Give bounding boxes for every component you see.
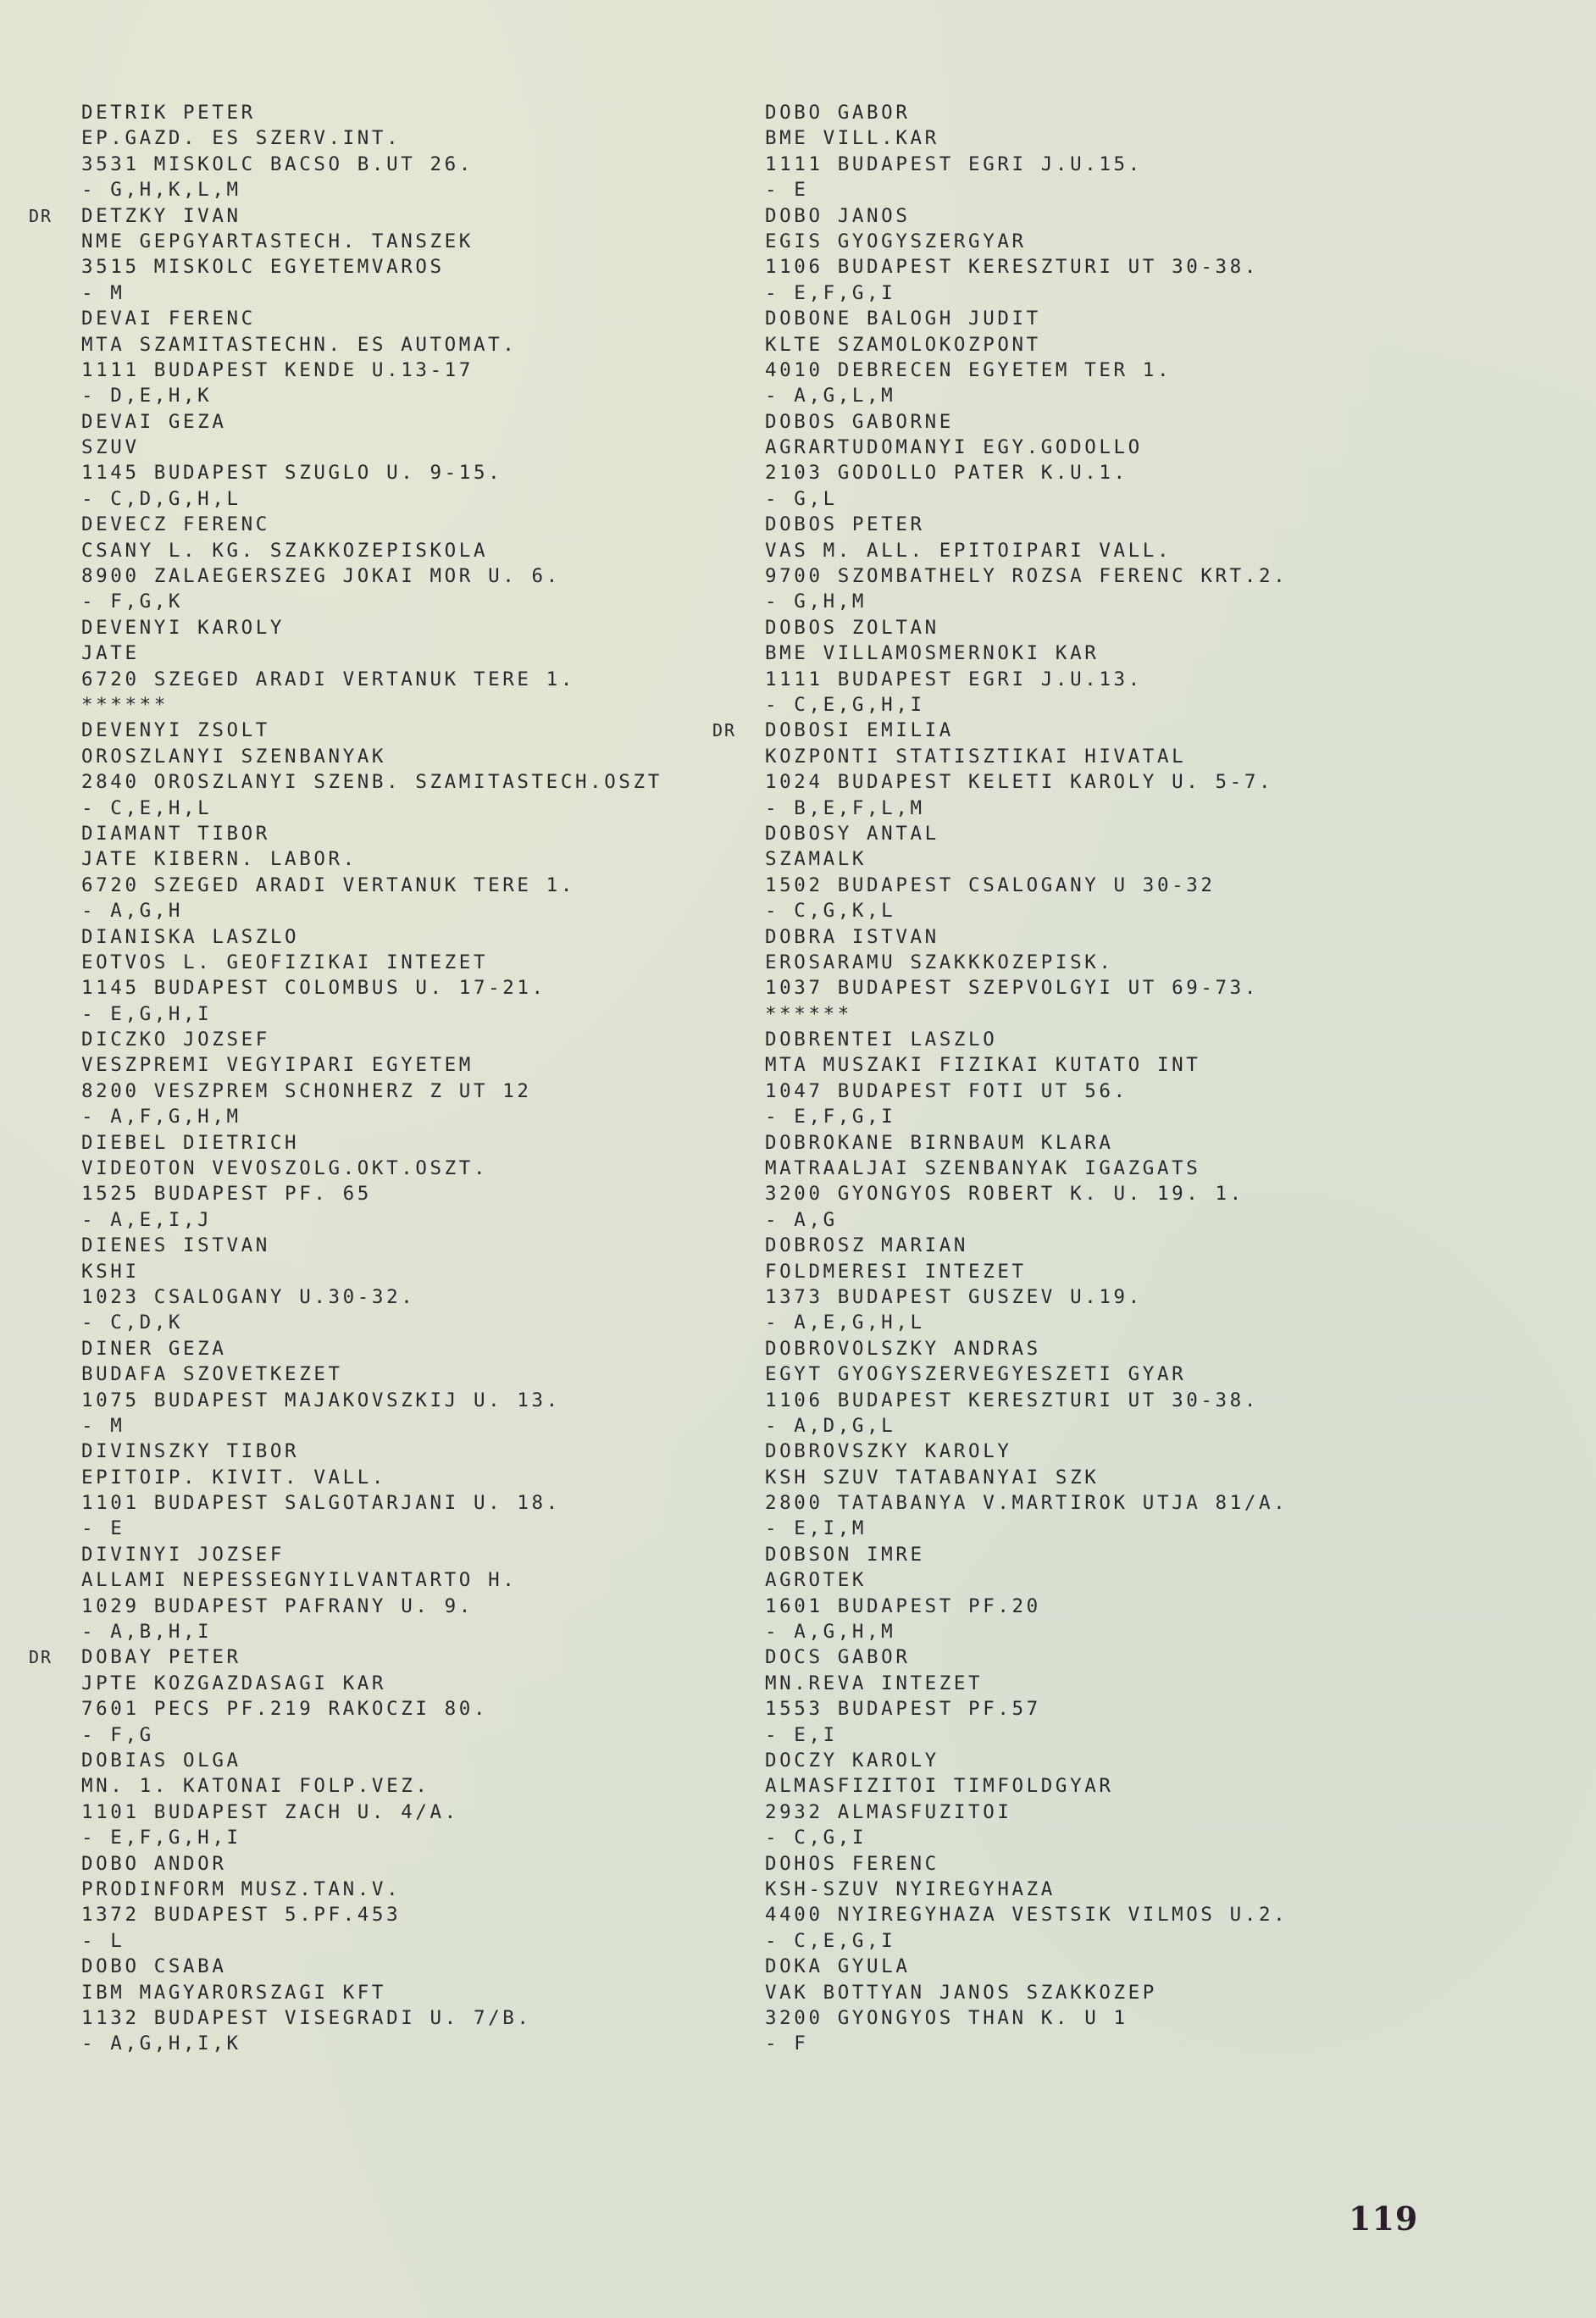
person-name-text: DOBONE BALOGH JUDIT [765, 308, 1041, 330]
person-name-text: DIAMANT TIBOR [81, 823, 270, 845]
person-name-text: DOBROSZ MARIAN [765, 1234, 968, 1256]
person-name-text: DOBO ANDOR [81, 1853, 226, 1875]
directory-entry: DIANISKA LASZLOEOTVOS L. GEOFIZIKAI INTE… [81, 924, 662, 1028]
address-text: 4010 DEBRECEN EGYETEM TER 1. [765, 359, 1172, 381]
interest-codes: - B,E,F,L,M [765, 796, 1288, 821]
organization-text: IBM MAGYARORSZAGI KFT [81, 1982, 386, 2004]
interest-codes-text: - A,G,H [81, 900, 183, 922]
interest-codes-text: - A,E,I,J [81, 1209, 212, 1231]
directory-entry: DOBROKANE BIRNBAUM KLARAMATRAALJAI SZENB… [765, 1130, 1288, 1234]
person-name-text: DOCS GABOR [765, 1646, 910, 1668]
interest-codes: - C,E,H,L [81, 796, 662, 821]
organization-text: KOZPONTI STATISZTIKAI HIVATAL [765, 746, 1186, 768]
interest-codes-text: - E [81, 1517, 125, 1539]
directory-entry: DOBROSZ MARIANFOLDMERESI INTEZET1373 BUD… [765, 1233, 1288, 1336]
person-name: DRDETZKY IVAN [81, 203, 662, 229]
interest-codes: - M [81, 280, 662, 306]
organization: KSH SZUV TATABANYAI SZK [765, 1465, 1288, 1490]
interest-codes: - E,I [765, 1722, 1288, 1748]
directory-entry: DIVINYI JOZSEFALLAMI NEPESSEGNYILVANTART… [81, 1542, 662, 1645]
address-text: 4400 NYIREGYHAZA VESTSIK VILMOS U.2. [765, 1904, 1288, 1926]
person-name: DOBO GABOR [765, 100, 1288, 125]
person-name: DOBOSY ANTAL [765, 821, 1288, 846]
address-text: 1101 BUDAPEST ZACH U. 4/A. [81, 1801, 459, 1823]
interest-codes: - A,E,I,J [81, 1207, 662, 1233]
organization-text: MN. 1. KATONAI FOLP.VEZ. [81, 1775, 430, 1797]
address: 1601 BUDAPEST PF.20 [765, 1594, 1288, 1619]
person-name-text: DOBROVSZKY KAROLY [765, 1440, 1011, 1462]
person-name-text: DIVINYI JOZSEF [81, 1544, 285, 1566]
organization: JPTE KOZGAZDASAGI KAR [81, 1671, 662, 1696]
address: 2840 OROSZLANYI SZENB. SZAMITASTECH.OSZT [81, 769, 662, 795]
right-column: DOBO GABORBME VILL.KAR1111 BUDAPEST EGRI… [765, 100, 1288, 2057]
person-name: DEVECZ FERENC [81, 512, 662, 537]
directory-entry: DEVECZ FERENCCSANY L. KG. SZAKKOZEPISKOL… [81, 512, 662, 615]
address-text: 1373 BUDAPEST GUSZEV U.19. [765, 1286, 1143, 1308]
organization-text: SZAMALK [765, 848, 867, 870]
person-name-text: DOCZY KAROLY [765, 1750, 939, 1772]
interest-codes-text: - F,G,K [81, 591, 183, 613]
page-number: 119 [1349, 2199, 1418, 2238]
address: 1037 BUDAPEST SZEPVOLGYI UT 69-73. [765, 975, 1288, 1001]
interest-codes-text: - B,E,F,L,M [765, 797, 925, 819]
directory-entry: DICZKO JOZSEFVESZPREMI VEGYIPARI EGYETEM… [81, 1027, 662, 1130]
address-text: 7601 PECS PF.219 RAKOCZI 80. [81, 1698, 488, 1720]
organization: KSH-SZUV NYIREGYHAZA [765, 1877, 1288, 1902]
interest-codes: - A,F,G,H,M [81, 1104, 662, 1129]
address-text: 3531 MISKOLC BACSO B.UT 26. [81, 153, 474, 175]
organization: EGYT GYOGYSZERVEGYESZETI GYAR [765, 1361, 1288, 1387]
person-name-text: DEVENYI KAROLY [81, 617, 285, 639]
interest-codes-text: - F,G [81, 1724, 154, 1746]
interest-codes: ****** [765, 1001, 1288, 1027]
interest-codes-text: - C,E,G,H,I [765, 694, 925, 716]
address-text: 1106 BUDAPEST KERESZTURI UT 30-38. [765, 1389, 1259, 1411]
person-name: DRDOBAY PETER [81, 1644, 662, 1670]
address-text: 1029 BUDAPEST PAFRANY U. 9. [81, 1595, 474, 1617]
interest-codes: - F [765, 2031, 1288, 2056]
address-text: 1111 BUDAPEST KENDE U.13-17 [81, 359, 474, 381]
interest-codes: - A,E,G,H,L [765, 1310, 1288, 1335]
address: 1029 BUDAPEST PAFRANY U. 9. [81, 1594, 662, 1619]
person-name-text: DEVAI FERENC [81, 308, 256, 330]
person-name-text: DOBSON IMRE [765, 1544, 925, 1566]
interest-codes: - E,G,H,I [81, 1001, 662, 1027]
address-text: 1372 BUDAPEST 5.PF.453 [81, 1904, 401, 1926]
address: 8900 ZALAEGERSZEG JOKAI MOR U. 6. [81, 563, 662, 589]
organization: EP.GAZD. ES SZERV.INT. [81, 125, 662, 151]
organization-text: ALMASFIZITOI TIMFOLDGYAR [765, 1775, 1114, 1797]
address: 3200 GYONGYOS ROBERT K. U. 19. 1. [765, 1181, 1288, 1206]
address: 2932 ALMASFUZITOI [765, 1799, 1288, 1825]
organization-text: VAK BOTTYAN JANOS SZAKKOZEP [765, 1982, 1157, 2004]
address-text: 6720 SZEGED ARADI VERTANUK TERE 1. [81, 874, 575, 896]
person-name-text: DOKA GYULA [765, 1955, 910, 1977]
address: 2103 GODOLLO PATER K.U.1. [765, 460, 1288, 485]
organization: VAK BOTTYAN JANOS SZAKKOZEP [765, 1980, 1288, 2005]
address: 1373 BUDAPEST GUSZEV U.19. [765, 1284, 1288, 1310]
person-name: DIVINYI JOZSEF [81, 1542, 662, 1567]
interest-codes: - A,G,H,M [765, 1619, 1288, 1644]
address-text: 3515 MISKOLC EGYETEMVAROS [81, 256, 445, 278]
directory-entry: DRDETZKY IVANNME GEPGYARTASTECH. TANSZEK… [81, 203, 662, 307]
organization-text: BME VILL.KAR [765, 127, 939, 149]
address: 1101 BUDAPEST ZACH U. 4/A. [81, 1799, 662, 1825]
organization: ALMASFIZITOI TIMFOLDGYAR [765, 1773, 1288, 1799]
person-name-text: DEVECZ FERENC [81, 513, 270, 535]
organization: MN. 1. KATONAI FOLP.VEZ. [81, 1773, 662, 1799]
organization: JATE KIBERN. LABOR. [81, 846, 662, 872]
address: 4010 DEBRECEN EGYETEM TER 1. [765, 358, 1288, 383]
interest-codes-text: - E,F,G,H,I [81, 1827, 241, 1849]
interest-codes-text: - E,G,H,I [81, 1003, 212, 1025]
organization-text: MATRAALJAI SZENBANYAK IGAZGATS [765, 1157, 1200, 1179]
address: 1145 BUDAPEST COLOMBUS U. 17-21. [81, 975, 662, 1001]
organization-text: KLTE SZAMOLOKOZPONT [765, 334, 1041, 356]
person-name-text: DIANISKA LASZLO [81, 926, 299, 948]
organization: MTA SZAMITASTECHN. ES AUTOMAT. [81, 332, 662, 358]
address-text: 1553 BUDAPEST PF.57 [765, 1698, 1041, 1720]
address-text: 2800 TATABANYA V.MARTIROK UTJA 81/A. [765, 1492, 1288, 1514]
interest-codes: - A,G,H [81, 898, 662, 923]
person-name: DOBIAS OLGA [81, 1748, 662, 1773]
organization-text: BUDAFA SZOVETKEZET [81, 1363, 343, 1385]
person-name-text: DEVENYI ZSOLT [81, 719, 270, 741]
person-name: DICZKO JOZSEF [81, 1027, 662, 1052]
organization: MTA MUSZAKI FIZIKAI KUTATO INT [765, 1052, 1288, 1078]
person-name: DOBROVOLSZKY ANDRAS [765, 1336, 1288, 1361]
address: 6720 SZEGED ARADI VERTANUK TERE 1. [81, 667, 662, 692]
organization-text: PRODINFORM MUSZ.TAN.V. [81, 1878, 401, 1900]
person-name-text: DOBIAS OLGA [81, 1750, 241, 1772]
person-name-text: DOBOS GABORNE [765, 411, 954, 433]
interest-codes: - E,F,G,H,I [81, 1825, 662, 1850]
title-prefix: DR [29, 1644, 53, 1670]
interest-codes: - E,I,M [765, 1516, 1288, 1541]
address: 1047 BUDAPEST FOTI UT 56. [765, 1079, 1288, 1104]
organization-text: JATE [81, 642, 140, 664]
person-name: DIENES ISTVAN [81, 1233, 662, 1258]
organization-text: VAS M. ALL. EPITOIPARI VALL. [765, 540, 1172, 562]
address-text: 3200 GYONGYOS ROBERT K. U. 19. 1. [765, 1183, 1244, 1205]
person-name-text: DIENES ISTVAN [81, 1234, 270, 1256]
interest-codes: ****** [81, 692, 662, 718]
address-text: 1601 BUDAPEST PF.20 [765, 1595, 1041, 1617]
person-name-text: DETZKY IVAN [81, 205, 241, 227]
interest-codes: - C,E,G,I [765, 1928, 1288, 1954]
title-prefix: DR [29, 203, 53, 229]
person-name-text: DIVINSZKY TIBOR [81, 1440, 299, 1462]
organization-text: KSHI [81, 1261, 140, 1283]
interest-codes-text: - C,D,K [81, 1311, 183, 1334]
organization: ALLAMI NEPESSEGNYILVANTARTO H. [81, 1567, 662, 1593]
interest-codes-text: - C,E,H,L [81, 797, 212, 819]
interest-codes-text: - E,I,M [765, 1517, 867, 1539]
person-name: DOBO CSABA [81, 1954, 662, 1979]
person-name: DOBO ANDOR [81, 1851, 662, 1877]
organization: KLTE SZAMOLOKOZPONT [765, 332, 1288, 358]
person-name: DINER GEZA [81, 1336, 662, 1361]
interest-codes: - C,G,I [765, 1825, 1288, 1850]
address-text: 6720 SZEGED ARADI VERTANUK TERE 1. [81, 668, 575, 690]
person-name-text: DETRIK PETER [81, 102, 256, 124]
person-name-text: DOBAY PETER [81, 1646, 241, 1668]
organization: BUDAFA SZOVETKEZET [81, 1361, 662, 1387]
address: 7601 PECS PF.219 RAKOCZI 80. [81, 1696, 662, 1722]
address-text: 1023 CSALOGANY U.30-32. [81, 1286, 415, 1308]
interest-codes: - E,F,G,I [765, 1104, 1288, 1129]
person-name-text: DEVAI GEZA [81, 411, 226, 433]
organization-text: EGIS GYOGYSZERGYAR [765, 230, 1027, 252]
person-name: DOBROKANE BIRNBAUM KLARA [765, 1130, 1288, 1156]
directory-entry: DOBSON IMREAGROTEK1601 BUDAPEST PF.20- A… [765, 1542, 1288, 1645]
organization-text: VIDEOTON VEVOSZOLG.OKT.OSZT. [81, 1157, 488, 1179]
interest-codes-text: - F [765, 2032, 808, 2055]
organization: EGIS GYOGYSZERGYAR [765, 229, 1288, 254]
interest-codes: - A,G [765, 1207, 1288, 1233]
person-name: DOCZY KAROLY [765, 1748, 1288, 1773]
interest-codes-text: - C,G,K,L [765, 900, 895, 922]
interest-codes-text: - A,G,H,M [765, 1621, 895, 1643]
organization-text: KSH-SZUV NYIREGYHAZA [765, 1878, 1056, 1900]
interest-codes-text: - M [81, 282, 125, 304]
directory-entry: DOBO CSABAIBM MAGYARORSZAGI KFT1132 BUDA… [81, 1954, 662, 2057]
person-name: DEVENYI KAROLY [81, 615, 662, 640]
organization-text: AGROTEK [765, 1569, 867, 1591]
directory-entry: DOBO ANDORPRODINFORM MUSZ.TAN.V.1372 BUD… [81, 1851, 662, 1955]
directory-entry: DOBOS PETERVAS M. ALL. EPITOIPARI VALL.9… [765, 512, 1288, 615]
address-text: 8900 ZALAEGERSZEG JOKAI MOR U. 6. [81, 565, 561, 587]
person-name-text: DOBRA ISTVAN [765, 926, 939, 948]
organization-text: MN.REVA INTEZET [765, 1672, 983, 1694]
interest-codes-text: - A,F,G,H,M [81, 1106, 241, 1128]
interest-codes: - G,H,K,L,M [81, 177, 662, 202]
address: 2800 TATABANYA V.MARTIROK UTJA 81/A. [765, 1490, 1288, 1516]
directory-entry: DOCS GABORMN.REVA INTEZET1553 BUDAPEST P… [765, 1644, 1288, 1748]
person-name: DIEBEL DIETRICH [81, 1130, 662, 1156]
directory-entry: DOBRENTEI LASZLOMTA MUSZAKI FIZIKAI KUTA… [765, 1027, 1288, 1130]
organization-text: MTA SZAMITASTECHN. ES AUTOMAT. [81, 334, 517, 356]
interest-codes: - A,G,H,I,K [81, 2031, 662, 2056]
person-name: DOKA GYULA [765, 1954, 1288, 1979]
person-name-text: DOBRENTEI LASZLO [765, 1029, 997, 1051]
address: 1111 BUDAPEST EGRI J.U.13. [765, 667, 1288, 692]
person-name: DEVENYI ZSOLT [81, 718, 662, 743]
address: 1111 BUDAPEST EGRI J.U.15. [765, 152, 1288, 177]
directory-entry: DEVAI GEZASZUV1145 BUDAPEST SZUGLO U. 9-… [81, 409, 662, 513]
organization-text: KSH SZUV TATABANYAI SZK [765, 1467, 1099, 1489]
interest-codes-text: - G,H,M [765, 591, 867, 613]
address-text: 1047 BUDAPEST FOTI UT 56. [765, 1080, 1128, 1102]
address-text: 1111 BUDAPEST EGRI J.U.13. [765, 668, 1143, 690]
organization: AGRARTUDOMANYI EGY.GODOLLO [765, 435, 1288, 460]
address: 1372 BUDAPEST 5.PF.453 [81, 1902, 662, 1927]
person-name: DOBRENTEI LASZLO [765, 1027, 1288, 1052]
address-text: 3200 GYONGYOS THAN K. U 1 [765, 2007, 1128, 2029]
interest-codes-text: - A,G,H,I,K [81, 2032, 241, 2055]
person-name-text: DOBO JANOS [765, 205, 910, 227]
address-text: 1037 BUDAPEST SZEPVOLGYI UT 69-73. [765, 977, 1259, 999]
address: 4400 NYIREGYHAZA VESTSIK VILMOS U.2. [765, 1902, 1288, 1927]
interest-codes: - F,G [81, 1722, 662, 1748]
interest-codes: - E,F,G,I [765, 280, 1288, 306]
interest-codes: - M [81, 1413, 662, 1439]
person-name: DOBONE BALOGH JUDIT [765, 306, 1288, 331]
directory-entry: DEVENYI KAROLYJATE6720 SZEGED ARADI VERT… [81, 615, 662, 718]
person-name: DOBOS GABORNE [765, 409, 1288, 435]
interest-codes: - A,D,G,L [765, 1413, 1288, 1439]
directory-entry: DOBRA ISTVANEROSARAMU SZAKKKOZEPISK.1037… [765, 924, 1288, 1028]
organization: SZAMALK [765, 846, 1288, 872]
organization: EPITOIP. KIVIT. VALL. [81, 1465, 662, 1490]
directory-entry: DEVAI FERENCMTA SZAMITASTECHN. ES AUTOMA… [81, 306, 662, 409]
address: 1101 BUDAPEST SALGOTARJANI U. 18. [81, 1490, 662, 1516]
organization: JATE [81, 640, 662, 666]
address: 3531 MISKOLC BACSO B.UT 26. [81, 152, 662, 177]
interest-codes-text: - C,D,G,H,L [81, 488, 241, 510]
interest-codes: - D,E,H,K [81, 383, 662, 408]
interest-codes: - G,H,M [765, 589, 1288, 614]
directory-entry: DOBROVSZKY KAROLYKSH SZUV TATABANYAI SZK… [765, 1439, 1288, 1542]
organization: KOZPONTI STATISZTIKAI HIVATAL [765, 744, 1288, 769]
title-prefix: DR [712, 718, 736, 743]
directory-entry: DOKA GYULAVAK BOTTYAN JANOS SZAKKOZEP320… [765, 1954, 1288, 2057]
directory-entry: DIAMANT TIBORJATE KIBERN. LABOR.6720 SZE… [81, 821, 662, 924]
organization: MN.REVA INTEZET [765, 1671, 1288, 1696]
interest-codes: - F,G,K [81, 589, 662, 614]
interest-codes-text: - E,F,G,I [765, 282, 895, 304]
interest-codes-text: ****** [81, 694, 169, 716]
address: 3515 MISKOLC EGYETEMVAROS [81, 254, 662, 280]
interest-codes: - C,D,G,H,L [81, 486, 662, 512]
organization: MATRAALJAI SZENBANYAK IGAZGATS [765, 1156, 1288, 1181]
person-name: DOBRA ISTVAN [765, 924, 1288, 950]
interest-codes-text: - E,I [765, 1724, 838, 1746]
address: 3200 GYONGYOS THAN K. U 1 [765, 2005, 1288, 2031]
organization: EROSARAMU SZAKKKOZEPISK. [765, 950, 1288, 975]
organization: BME VILLAMOSMERNOKI KAR [765, 640, 1288, 666]
directory-entry: DIEBEL DIETRICHVIDEOTON VEVOSZOLG.OKT.OS… [81, 1130, 662, 1234]
address-text: 1024 BUDAPEST KELETI KAROLY U. 5-7. [765, 771, 1273, 793]
interest-codes-text: - C,E,G,I [765, 1930, 895, 1952]
interest-codes-text: - G,L [765, 488, 838, 510]
organization: FOLDMERESI INTEZET [765, 1259, 1288, 1284]
person-name: DOBSON IMRE [765, 1542, 1288, 1567]
person-name-text: DOBROVOLSZKY ANDRAS [765, 1338, 1041, 1360]
address-text: 1502 BUDAPEST CSALOGANY U 30-32 [765, 874, 1216, 896]
organization-text: OROSZLANYI SZENBANYAK [81, 746, 386, 768]
person-name: DEVAI FERENC [81, 306, 662, 331]
interest-codes-text: - A,D,G,L [765, 1415, 895, 1437]
person-name-text: DOBROKANE BIRNBAUM KLARA [765, 1132, 1114, 1154]
directory-entry: DOBIAS OLGAMN. 1. KATONAI FOLP.VEZ.1101 … [81, 1748, 662, 1851]
organization-text: JATE KIBERN. LABOR. [81, 848, 357, 870]
directory-entry: DRDOBAY PETERJPTE KOZGAZDASAGI KAR7601 P… [81, 1644, 662, 1748]
address-text: 2103 GODOLLO PATER K.U.1. [765, 462, 1128, 484]
directory-entry: DIENES ISTVANKSHI1023 CSALOGANY U.30-32.… [81, 1233, 662, 1336]
organization-text: ALLAMI NEPESSEGNYILVANTARTO H. [81, 1569, 517, 1591]
person-name: DOBOS ZOLTAN [765, 615, 1288, 640]
interest-codes: - C,G,K,L [765, 898, 1288, 923]
organization: VAS M. ALL. EPITOIPARI VALL. [765, 538, 1288, 563]
directory-entry: DRDOBOSI EMILIAKOZPONTI STATISZTIKAI HIV… [765, 718, 1288, 821]
person-name-text: DOBOS ZOLTAN [765, 617, 939, 639]
address: 1111 BUDAPEST KENDE U.13-17 [81, 358, 662, 383]
organization-text: CSANY L. KG. SZAKKOZEPISKOLA [81, 540, 488, 562]
interest-codes-text: - A,E,G,H,L [765, 1311, 925, 1334]
organization-text: EOTVOS L. GEOFIZIKAI INTEZET [81, 951, 488, 973]
interest-codes: - L [81, 1928, 662, 1954]
organization-text: EGYT GYOGYSZERVEGYESZETI GYAR [765, 1363, 1186, 1385]
person-name-text: DOHOS FERENC [765, 1853, 939, 1875]
directory-entry: DETRIK PETEREP.GAZD. ES SZERV.INT.3531 M… [81, 100, 662, 203]
organization-text: NME GEPGYARTASTECH. TANSZEK [81, 230, 474, 252]
address-text: 2840 OROSZLANYI SZENB. SZAMITASTECH.OSZT [81, 771, 662, 793]
address: 1502 BUDAPEST CSALOGANY U 30-32 [765, 873, 1288, 898]
address: 1023 CSALOGANY U.30-32. [81, 1284, 662, 1310]
person-name: DIVINSZKY TIBOR [81, 1439, 662, 1464]
address-text: 1111 BUDAPEST EGRI J.U.15. [765, 153, 1143, 175]
directory-entry: DOBONE BALOGH JUDITKLTE SZAMOLOKOZPONT40… [765, 306, 1288, 409]
organization-text: SZUV [81, 436, 140, 458]
address-text: 1101 BUDAPEST SALGOTARJANI U. 18. [81, 1492, 561, 1514]
person-name-text: DOBO CSABA [81, 1955, 226, 1977]
address: 1132 BUDAPEST VISEGRADI U. 7/B. [81, 2005, 662, 2031]
person-name-text: DOBOS PETER [765, 513, 925, 535]
directory-entry: DOBO JANOSEGIS GYOGYSZERGYAR1106 BUDAPES… [765, 203, 1288, 307]
person-name-text: DOBO GABOR [765, 102, 910, 124]
interest-codes-text: ****** [765, 1003, 852, 1025]
organization-text: VESZPREMI VEGYIPARI EGYETEM [81, 1054, 474, 1076]
organization: VIDEOTON VEVOSZOLG.OKT.OSZT. [81, 1156, 662, 1181]
directory-entry: DINER GEZABUDAFA SZOVETKEZET1075 BUDAPES… [81, 1336, 662, 1439]
organization: EOTVOS L. GEOFIZIKAI INTEZET [81, 950, 662, 975]
organization-text: EROSARAMU SZAKKKOZEPISK. [765, 951, 1114, 973]
organization-text: FOLDMERESI INTEZET [765, 1261, 1027, 1283]
interest-codes-text: - D,E,H,K [81, 385, 212, 407]
address-text: 1145 BUDAPEST COLOMBUS U. 17-21. [81, 977, 546, 999]
address-text: 1145 BUDAPEST SZUGLO U. 9-15. [81, 462, 502, 484]
person-name-text: DINER GEZA [81, 1338, 226, 1360]
person-name: DOCS GABOR [765, 1644, 1288, 1670]
organization-text: JPTE KOZGAZDASAGI KAR [81, 1672, 386, 1694]
directory-entry: DIVINSZKY TIBOREPITOIP. KIVIT. VALL.1101… [81, 1439, 662, 1542]
directory-entry: DOBOSY ANTALSZAMALK1502 BUDAPEST CSALOGA… [765, 821, 1288, 924]
interest-codes-text: - C,G,I [765, 1827, 867, 1849]
person-name: DOBO JANOS [765, 203, 1288, 229]
address: 1106 BUDAPEST KERESZTURI UT 30-38. [765, 254, 1288, 280]
address-text: 1106 BUDAPEST KERESZTURI UT 30-38. [765, 256, 1259, 278]
directory-entry: DOBOS GABORNEAGRARTUDOMANYI EGY.GODOLLO2… [765, 409, 1288, 513]
address: 1525 BUDAPEST PF. 65 [81, 1181, 662, 1206]
organization-text: EP.GAZD. ES SZERV.INT. [81, 127, 401, 149]
person-name: DETRIK PETER [81, 100, 662, 125]
person-name-text: DICZKO JOZSEF [81, 1029, 270, 1051]
organization: KSHI [81, 1259, 662, 1284]
address: 1024 BUDAPEST KELETI KAROLY U. 5-7. [765, 769, 1288, 795]
organization: OROSZLANYI SZENBANYAK [81, 744, 662, 769]
interest-codes: - G,L [765, 486, 1288, 512]
interest-codes: - C,D,K [81, 1310, 662, 1335]
address: 1553 BUDAPEST PF.57 [765, 1696, 1288, 1722]
person-name: DOBROSZ MARIAN [765, 1233, 1288, 1258]
organization-text: BME VILLAMOSMERNOKI KAR [765, 642, 1099, 664]
interest-codes-text: - A,G [765, 1209, 838, 1231]
person-name: DIANISKA LASZLO [81, 924, 662, 950]
address: 1075 BUDAPEST MAJAKOVSZKIJ U. 13. [81, 1388, 662, 1413]
address-text: 1075 BUDAPEST MAJAKOVSZKIJ U. 13. [81, 1389, 561, 1411]
address: 8200 VESZPREM SCHONHERZ Z UT 12 [81, 1079, 662, 1104]
